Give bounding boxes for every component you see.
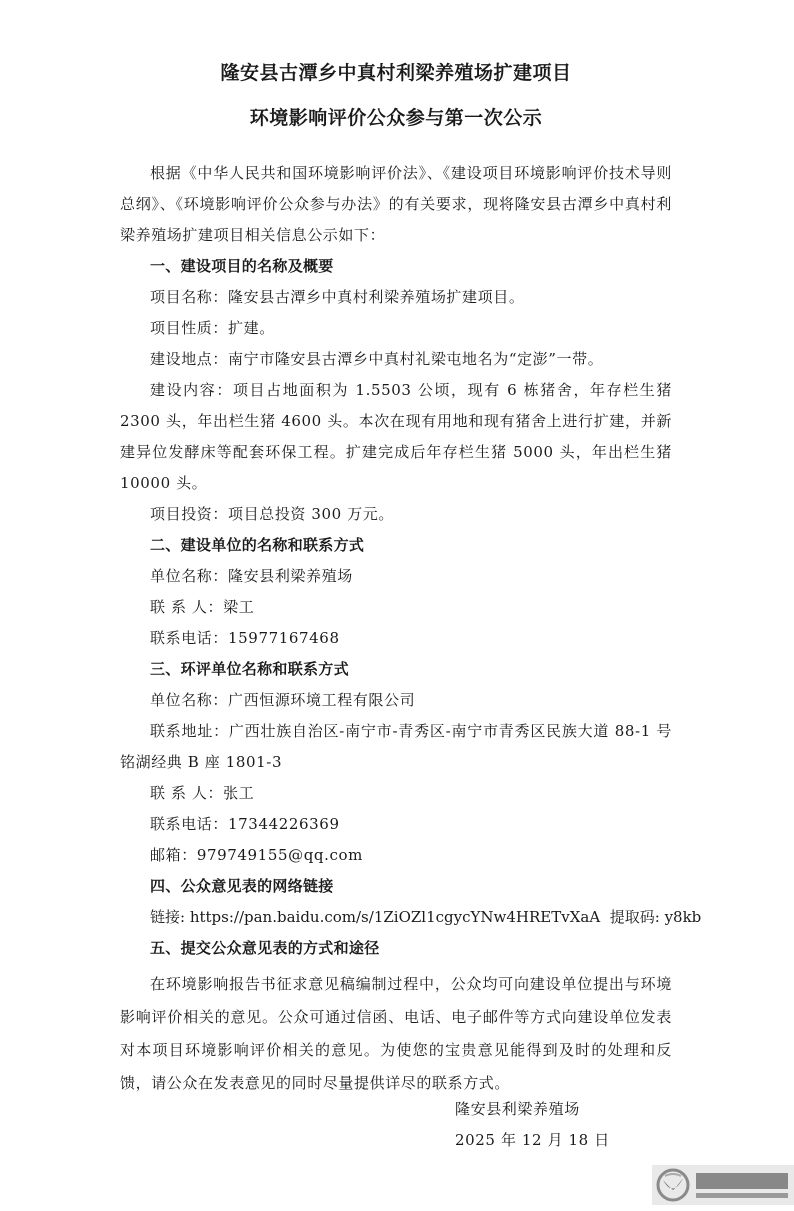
- extraction-code-value: y8kb: [665, 908, 702, 926]
- project-nature-row: 项目性质：扩建。: [120, 313, 672, 344]
- builder-contact-row: 联 系 人：梁工: [120, 592, 672, 623]
- eia-email-row: 邮箱：979749155@qq.com: [120, 840, 672, 871]
- eia-contact-value: 张工: [223, 784, 254, 802]
- eia-phone-row: 联系电话：17344226369: [120, 809, 672, 840]
- project-name-row: 项目名称：隆安县古潭乡中真村利梁养殖场扩建项目。: [120, 282, 672, 313]
- builder-contact-label: 联 系 人：: [150, 598, 223, 616]
- project-nature-value: 扩建。: [228, 319, 275, 337]
- project-investment-value: 项目总投资 300 万元。: [228, 505, 394, 523]
- eia-name-row: 单位名称：广西恒源环境工程有限公司: [120, 685, 672, 716]
- project-location-row: 建设地点：南宁市隆安县古潭乡中真村礼梁屯地名为“定澎”一带。: [120, 344, 672, 375]
- watermark-text: [696, 1173, 788, 1198]
- project-location-label: 建设地点：: [150, 350, 228, 368]
- watermark-title-bar: [696, 1173, 788, 1189]
- eia-email-value[interactable]: 979749155@qq.com: [197, 846, 363, 864]
- eia-contact-label: 联 系 人：: [150, 784, 223, 802]
- project-investment-row: 项目投资：项目总投资 300 万元。: [120, 499, 672, 530]
- document-title-line2: 环境影响评价公众参与第一次公示: [120, 103, 672, 130]
- eia-address-row: 联系地址：广西壮族自治区-南宁市-青秀区-南宁市青秀区民族大道 88-1 号铭湖…: [120, 716, 672, 778]
- signature-org: 隆安县利梁养殖场: [455, 1094, 610, 1125]
- builder-name-label: 单位名称：: [150, 567, 228, 585]
- builder-name-row: 单位名称：隆安县利梁养殖场: [120, 561, 672, 592]
- signature-block: 隆安县利梁养殖场 2025 年 12 月 18 日: [455, 1094, 610, 1156]
- builder-name-value: 隆安县利梁养殖场: [228, 567, 353, 585]
- submission-paragraph: 在环境影响报告书征求意见稿编制过程中，公众均可向建设单位提出与环境影响评价相关的…: [120, 968, 672, 1100]
- eia-name-label: 单位名称：: [150, 691, 228, 709]
- builder-contact-value: 梁工: [223, 598, 254, 616]
- document-title-line1: 隆安县古潭乡中真村利梁养殖场扩建项目: [120, 58, 672, 85]
- project-name-value: 隆安县古潭乡中真村利梁养殖场扩建项目。: [228, 288, 524, 306]
- project-investment-label: 项目投资：: [150, 505, 228, 523]
- eia-email-label: 邮箱：: [150, 846, 197, 864]
- eia-phone-label: 联系电话：: [150, 815, 228, 833]
- survey-link-label: 链接:: [150, 908, 190, 926]
- eia-address-label: 联系地址：: [150, 722, 229, 740]
- watermark-logo: [652, 1165, 794, 1205]
- project-content-label: 建设内容：: [150, 381, 233, 399]
- shield-leaf-logo-icon: [656, 1168, 690, 1202]
- project-name-label: 项目名称：: [150, 288, 228, 306]
- builder-phone-value: 15977167468: [228, 629, 340, 647]
- survey-link[interactable]: https://pan.baidu.com/s/1ZiOZl1cgycYNw4H…: [190, 908, 600, 926]
- eia-phone-value: 17344226369: [228, 815, 340, 833]
- watermark-subtitle-bar: [696, 1193, 788, 1198]
- signature-date: 2025 年 12 月 18 日: [455, 1125, 610, 1156]
- section-heading-3: 三、环评单位名称和联系方式: [120, 654, 672, 685]
- builder-phone-label: 联系电话：: [150, 629, 228, 647]
- section-heading-4: 四、公众意见表的网络链接: [120, 871, 672, 902]
- document-body: 根据《中华人民共和国环境影响评价法》、《建设项目环境影响评价技术导则 总纲》、《…: [120, 158, 672, 1100]
- eia-contact-row: 联 系 人：张工: [120, 778, 672, 809]
- section-heading-5: 五、提交公众意见表的方式和途径: [120, 933, 672, 964]
- project-content-row: 建设内容：项目占地面积为 1.5503 公顷，现有 6 栋猪舍，年存栏生猪 23…: [120, 375, 672, 499]
- project-nature-label: 项目性质：: [150, 319, 228, 337]
- section-heading-1: 一、建设项目的名称及概要: [120, 251, 672, 282]
- section-heading-2: 二、建设单位的名称和联系方式: [120, 530, 672, 561]
- extraction-code-label: 提取码:: [610, 908, 665, 926]
- eia-name-value: 广西恒源环境工程有限公司: [228, 691, 415, 709]
- builder-phone-row: 联系电话：15977167468: [120, 623, 672, 654]
- intro-paragraph: 根据《中华人民共和国环境影响评价法》、《建设项目环境影响评价技术导则 总纲》、《…: [120, 158, 672, 251]
- project-location-value: 南宁市隆安县古潭乡中真村礼梁屯地名为“定澎”一带。: [228, 350, 603, 368]
- survey-link-row: 链接: https://pan.baidu.com/s/1ZiOZl1cgycY…: [120, 902, 672, 933]
